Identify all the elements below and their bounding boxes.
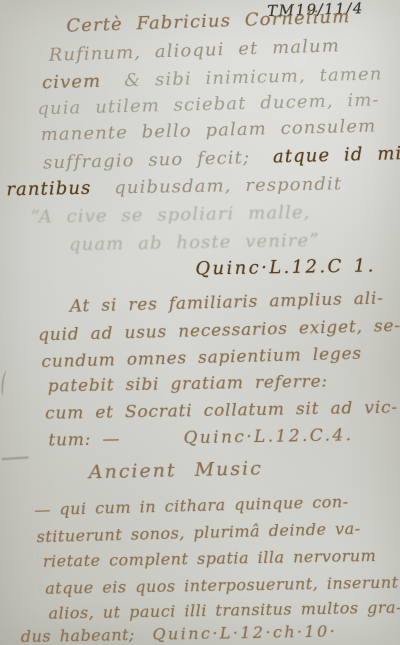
manuscript-line: — qui cum in cithara quinque con- [34, 492, 349, 519]
manuscript-line: civem & sibi inimicum, tamen [42, 63, 383, 93]
line-segment: tum: — [48, 429, 120, 450]
manuscript-line: rietate complent spatia illa nervorum [43, 546, 377, 571]
manuscript-line: patebit sibi gratiam referre: [48, 372, 329, 397]
manuscript-line: stituerunt sonos, plurimâ deinde va- [36, 519, 360, 546]
manuscript-line: atque eis quos interposuerunt, inserunt [45, 573, 399, 598]
margin-mark [2, 456, 29, 460]
manuscript-quote-line: quam ab hoste venire” [69, 230, 320, 255]
citation: Quinc·L.12.C 1. [195, 255, 376, 279]
line-segment-retraced: rantibus [6, 178, 91, 200]
manuscript-line: Rufinum, alioqui et malum [48, 35, 340, 66]
line-segment: quibusdam, respondit [114, 173, 342, 198]
line-segment-retraced: atque id mi- [273, 143, 400, 168]
manuscript-line: tum: — Quinc·L.12.C.4. [48, 425, 353, 450]
citation: Quinc·L·12·ch·10· [152, 622, 337, 644]
line-segment: & sibi inimicum, tamen [124, 63, 383, 91]
manuscript-line: quia utilem sciebat ducem, im- [37, 89, 380, 119]
line-segment: civem [42, 71, 102, 94]
manuscript-line: cundum omnes sapientium leges [41, 344, 362, 372]
manuscript-quote-line: “A cive se spoliari malle, [31, 202, 311, 228]
line-segment: dus habeant; [21, 625, 135, 645]
manuscript-line: dus habeant; Quinc·L·12·ch·10· [21, 622, 338, 645]
manuscript-line: cum et Socrati collatum sit ad vic- [45, 398, 398, 424]
margin-mark [0, 370, 10, 397]
manuscript-line: alios, ut pauci illi transitus multos gr… [48, 598, 400, 623]
manuscript-line: Certè Fabricius Cornelium [66, 6, 351, 36]
manuscript-line: quid ad usus necessarios exiget, se- [38, 316, 400, 345]
line-segment: suffragio suo fecit; [43, 147, 251, 173]
manuscript-line: rantibus quibusdam, respondit [6, 173, 342, 200]
manuscript-line: suffragio suo fecit; atque id mi- [43, 143, 400, 174]
manuscript-line: At si res familiaris amplius ali- [70, 289, 384, 317]
section-heading: Ancient Music [89, 457, 263, 483]
manuscript-page: TM19/11/4 Certè Fabricius Cornelium Rufi… [0, 0, 400, 645]
manuscript-line: manente bello palam consulem [40, 115, 376, 145]
citation: Quinc·L.12.C.4. [183, 425, 353, 448]
